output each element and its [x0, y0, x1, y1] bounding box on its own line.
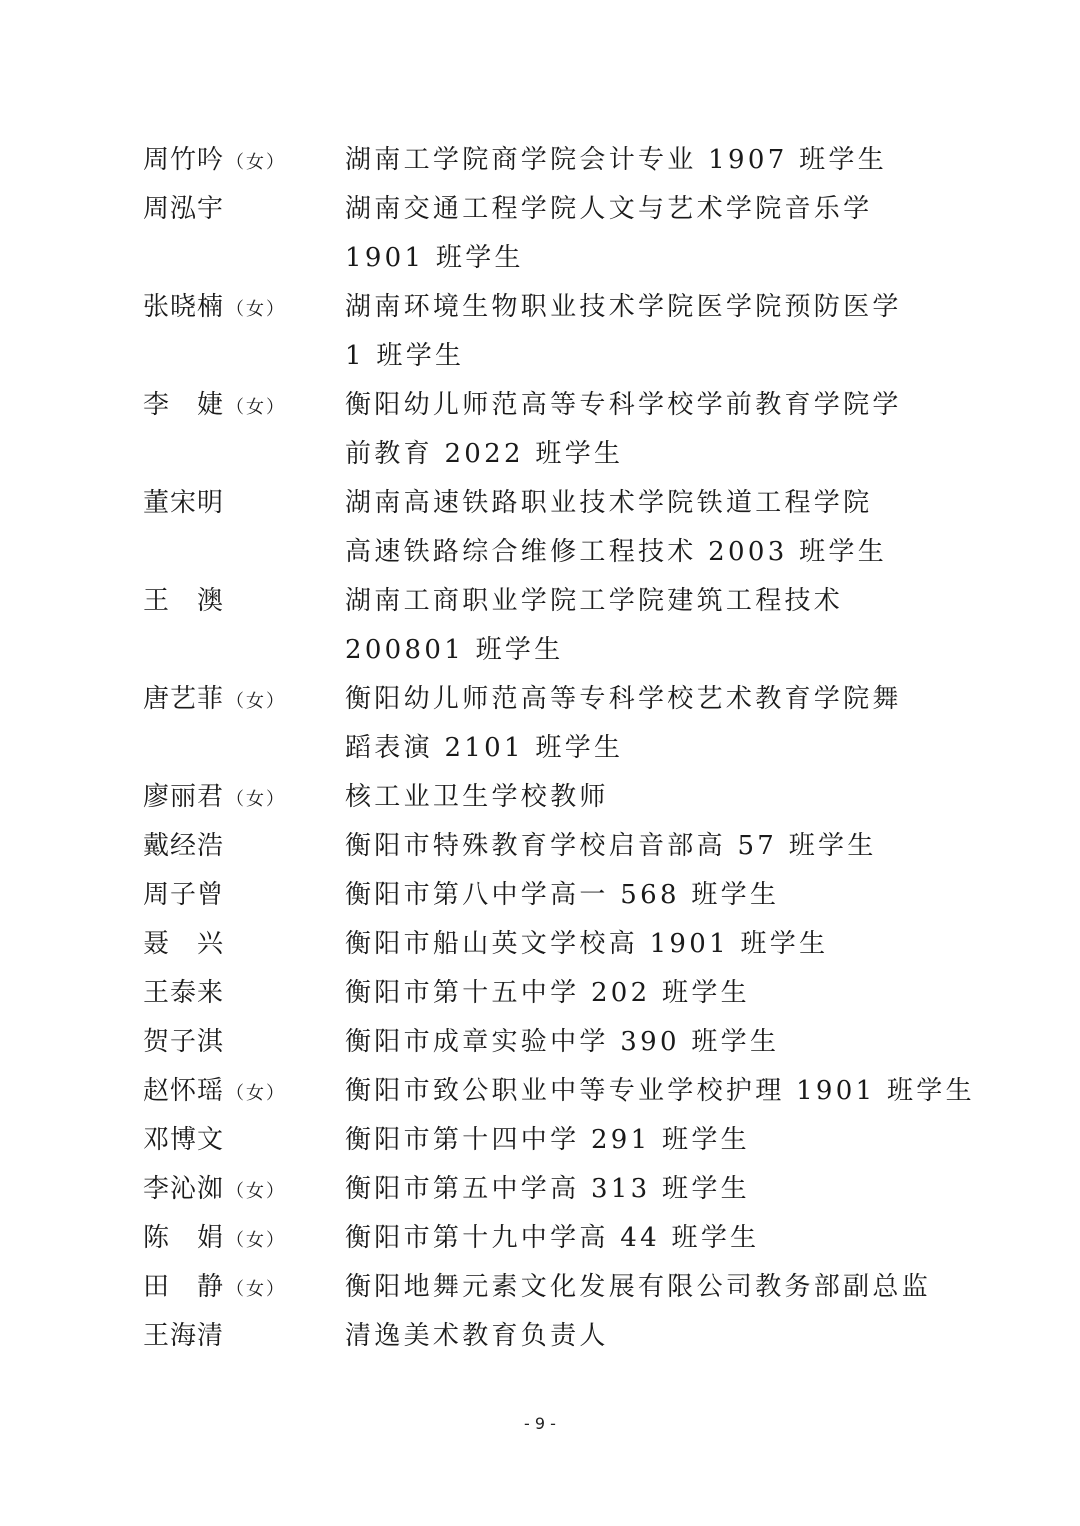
person-name: 陈 娟 — [143, 1214, 224, 1263]
affiliation-line: 衡阳市第十九中学高 44 班学生 — [345, 1214, 943, 1263]
affiliation-line: 1901 班学生 — [345, 234, 943, 283]
affiliation-line: 衡阳市第十四中学 291 班学生 — [345, 1116, 943, 1165]
person-name: 张晓楠 — [143, 283, 224, 332]
person-name: 田 静 — [143, 1263, 224, 1312]
list-item: 赵怀瑶（女） 衡阳市致公职业中等专业学校护理 1901 班学生 — [143, 1067, 943, 1116]
affiliation: 衡阳市第十五中学 202 班学生 — [345, 969, 943, 1018]
honoree-list: 周竹吟（女） 湖南工学院商学院会计专业 1907 班学生 周泓宇 湖南交通工程学… — [143, 136, 943, 1361]
person-name: 戴经浩 — [143, 822, 224, 871]
person-name: 周竹吟 — [143, 136, 224, 185]
list-item: 王泰来 衡阳市第十五中学 202 班学生 — [143, 969, 943, 1018]
affiliation: 湖南工商职业学院工学院建筑工程技术 200801 班学生 — [345, 577, 943, 675]
list-item: 周竹吟（女） 湖南工学院商学院会计专业 1907 班学生 — [143, 136, 943, 185]
list-item: 王 澳 湖南工商职业学院工学院建筑工程技术 200801 班学生 — [143, 577, 943, 675]
affiliation-line: 衡阳市致公职业中等专业学校护理 1901 班学生 — [345, 1067, 975, 1116]
list-item: 王海清 清逸美术教育负责人 — [143, 1312, 943, 1361]
affiliation-line: 湖南环境生物职业技术学院医学院预防医学 — [345, 283, 943, 332]
list-item: 陈 娟（女） 衡阳市第十九中学高 44 班学生 — [143, 1214, 943, 1263]
affiliation: 衡阳市致公职业中等专业学校护理 1901 班学生 — [345, 1067, 975, 1116]
page-number: - 9 - — [0, 1414, 1080, 1433]
affiliation-line: 湖南交通工程学院人文与艺术学院音乐学 — [345, 185, 943, 234]
gender-note: （女） — [226, 691, 286, 712]
list-item: 李沁洳（女） 衡阳市第五中学高 313 班学生 — [143, 1165, 943, 1214]
person-name-cell: 聂 兴 — [143, 920, 345, 969]
document-page: 周竹吟（女） 湖南工学院商学院会计专业 1907 班学生 周泓宇 湖南交通工程学… — [0, 0, 1080, 1526]
affiliation: 衡阳市第十四中学 291 班学生 — [345, 1116, 943, 1165]
person-name-cell: 周泓宇 — [143, 185, 345, 234]
affiliation-line: 衡阳市第八中学高一 568 班学生 — [345, 871, 943, 920]
person-name-cell: 李沁洳（女） — [143, 1165, 345, 1214]
list-item: 聂 兴 衡阳市船山英文学校高 1901 班学生 — [143, 920, 943, 969]
list-item: 周子曾 衡阳市第八中学高一 568 班学生 — [143, 871, 943, 920]
person-name: 周泓宇 — [143, 185, 224, 234]
affiliation: 衡阳地舞元素文化发展有限公司教务部副总监 — [345, 1263, 943, 1312]
list-item: 廖丽君（女） 核工业卫生学校教师 — [143, 773, 943, 822]
person-name-cell: 戴经浩 — [143, 822, 345, 871]
list-item: 邓博文 衡阳市第十四中学 291 班学生 — [143, 1116, 943, 1165]
gender-note: （女） — [226, 299, 286, 320]
person-name-cell: 邓博文 — [143, 1116, 345, 1165]
affiliation-line: 湖南工学院商学院会计专业 1907 班学生 — [345, 136, 943, 185]
affiliation: 湖南环境生物职业技术学院医学院预防医学 1 班学生 — [345, 283, 943, 381]
person-name-cell: 董宋明 — [143, 479, 345, 528]
affiliation-line: 前教育 2022 班学生 — [345, 430, 943, 479]
affiliation-line: 200801 班学生 — [345, 626, 943, 675]
gender-note: （女） — [226, 789, 286, 810]
affiliation: 湖南高速铁路职业技术学院铁道工程学院 高速铁路综合维修工程技术 2003 班学生 — [345, 479, 943, 577]
person-name: 李沁洳 — [143, 1165, 224, 1214]
person-name-cell: 赵怀瑶（女） — [143, 1067, 345, 1116]
gender-note: （女） — [226, 1230, 286, 1251]
person-name-cell: 王 澳 — [143, 577, 345, 626]
affiliation: 湖南交通工程学院人文与艺术学院音乐学 1901 班学生 — [345, 185, 943, 283]
affiliation-line: 湖南高速铁路职业技术学院铁道工程学院 — [345, 479, 943, 528]
gender-note: （女） — [226, 1181, 286, 1202]
affiliation: 衡阳市第十九中学高 44 班学生 — [345, 1214, 943, 1263]
affiliation-line: 衡阳市成章实验中学 390 班学生 — [345, 1018, 943, 1067]
person-name-cell: 廖丽君（女） — [143, 773, 345, 822]
person-name-cell: 王泰来 — [143, 969, 345, 1018]
affiliation-line: 衡阳地舞元素文化发展有限公司教务部副总监 — [345, 1263, 943, 1312]
list-item: 周泓宇 湖南交通工程学院人文与艺术学院音乐学 1901 班学生 — [143, 185, 943, 283]
person-name: 廖丽君 — [143, 773, 224, 822]
affiliation: 清逸美术教育负责人 — [345, 1312, 943, 1361]
person-name: 王泰来 — [143, 969, 224, 1018]
affiliation-line: 1 班学生 — [345, 332, 943, 381]
person-name: 王海清 — [143, 1312, 224, 1361]
affiliation: 衡阳市第五中学高 313 班学生 — [345, 1165, 943, 1214]
person-name: 聂 兴 — [143, 920, 224, 969]
affiliation: 衡阳市船山英文学校高 1901 班学生 — [345, 920, 943, 969]
affiliation-line: 衡阳市特殊教育学校启音部高 57 班学生 — [345, 822, 943, 871]
list-item: 唐艺菲（女） 衡阳幼儿师范高等专科学校艺术教育学院舞 蹈表演 2101 班学生 — [143, 675, 943, 773]
affiliation-line: 核工业卫生学校教师 — [345, 773, 943, 822]
person-name-cell: 周子曾 — [143, 871, 345, 920]
gender-note: （女） — [226, 152, 286, 173]
affiliation-line: 衡阳幼儿师范高等专科学校艺术教育学院舞 — [345, 675, 943, 724]
person-name: 李 婕 — [143, 381, 224, 430]
affiliation: 核工业卫生学校教师 — [345, 773, 943, 822]
person-name-cell: 李 婕（女） — [143, 381, 345, 430]
affiliation: 湖南工学院商学院会计专业 1907 班学生 — [345, 136, 943, 185]
person-name: 赵怀瑶 — [143, 1067, 224, 1116]
list-item: 张晓楠（女） 湖南环境生物职业技术学院医学院预防医学 1 班学生 — [143, 283, 943, 381]
person-name: 王 澳 — [143, 577, 224, 626]
affiliation: 衡阳市成章实验中学 390 班学生 — [345, 1018, 943, 1067]
affiliation-line: 蹈表演 2101 班学生 — [345, 724, 943, 773]
person-name: 唐艺菲 — [143, 675, 224, 724]
person-name-cell: 王海清 — [143, 1312, 345, 1361]
person-name-cell: 唐艺菲（女） — [143, 675, 345, 724]
person-name-cell: 陈 娟（女） — [143, 1214, 345, 1263]
person-name-cell: 张晓楠（女） — [143, 283, 345, 332]
gender-note: （女） — [226, 397, 286, 418]
affiliation-line: 衡阳市船山英文学校高 1901 班学生 — [345, 920, 943, 969]
list-item: 戴经浩 衡阳市特殊教育学校启音部高 57 班学生 — [143, 822, 943, 871]
gender-note: （女） — [226, 1279, 286, 1300]
affiliation-line: 衡阳幼儿师范高等专科学校学前教育学院学 — [345, 381, 943, 430]
list-item: 贺子淇 衡阳市成章实验中学 390 班学生 — [143, 1018, 943, 1067]
affiliation: 衡阳幼儿师范高等专科学校学前教育学院学 前教育 2022 班学生 — [345, 381, 943, 479]
person-name: 贺子淇 — [143, 1018, 224, 1067]
gender-note: （女） — [226, 1083, 286, 1104]
person-name: 邓博文 — [143, 1116, 224, 1165]
affiliation: 衡阳市特殊教育学校启音部高 57 班学生 — [345, 822, 943, 871]
affiliation-line: 高速铁路综合维修工程技术 2003 班学生 — [345, 528, 943, 577]
affiliation-line: 湖南工商职业学院工学院建筑工程技术 — [345, 577, 943, 626]
list-item: 李 婕（女） 衡阳幼儿师范高等专科学校学前教育学院学 前教育 2022 班学生 — [143, 381, 943, 479]
person-name-cell: 周竹吟（女） — [143, 136, 345, 185]
affiliation: 衡阳市第八中学高一 568 班学生 — [345, 871, 943, 920]
affiliation-line: 衡阳市第十五中学 202 班学生 — [345, 969, 943, 1018]
person-name-cell: 田 静（女） — [143, 1263, 345, 1312]
affiliation-line: 衡阳市第五中学高 313 班学生 — [345, 1165, 943, 1214]
person-name-cell: 贺子淇 — [143, 1018, 345, 1067]
person-name: 董宋明 — [143, 479, 224, 528]
list-item: 田 静（女） 衡阳地舞元素文化发展有限公司教务部副总监 — [143, 1263, 943, 1312]
list-item: 董宋明 湖南高速铁路职业技术学院铁道工程学院 高速铁路综合维修工程技术 2003… — [143, 479, 943, 577]
affiliation: 衡阳幼儿师范高等专科学校艺术教育学院舞 蹈表演 2101 班学生 — [345, 675, 943, 773]
person-name: 周子曾 — [143, 871, 224, 920]
affiliation-line: 清逸美术教育负责人 — [345, 1312, 943, 1361]
